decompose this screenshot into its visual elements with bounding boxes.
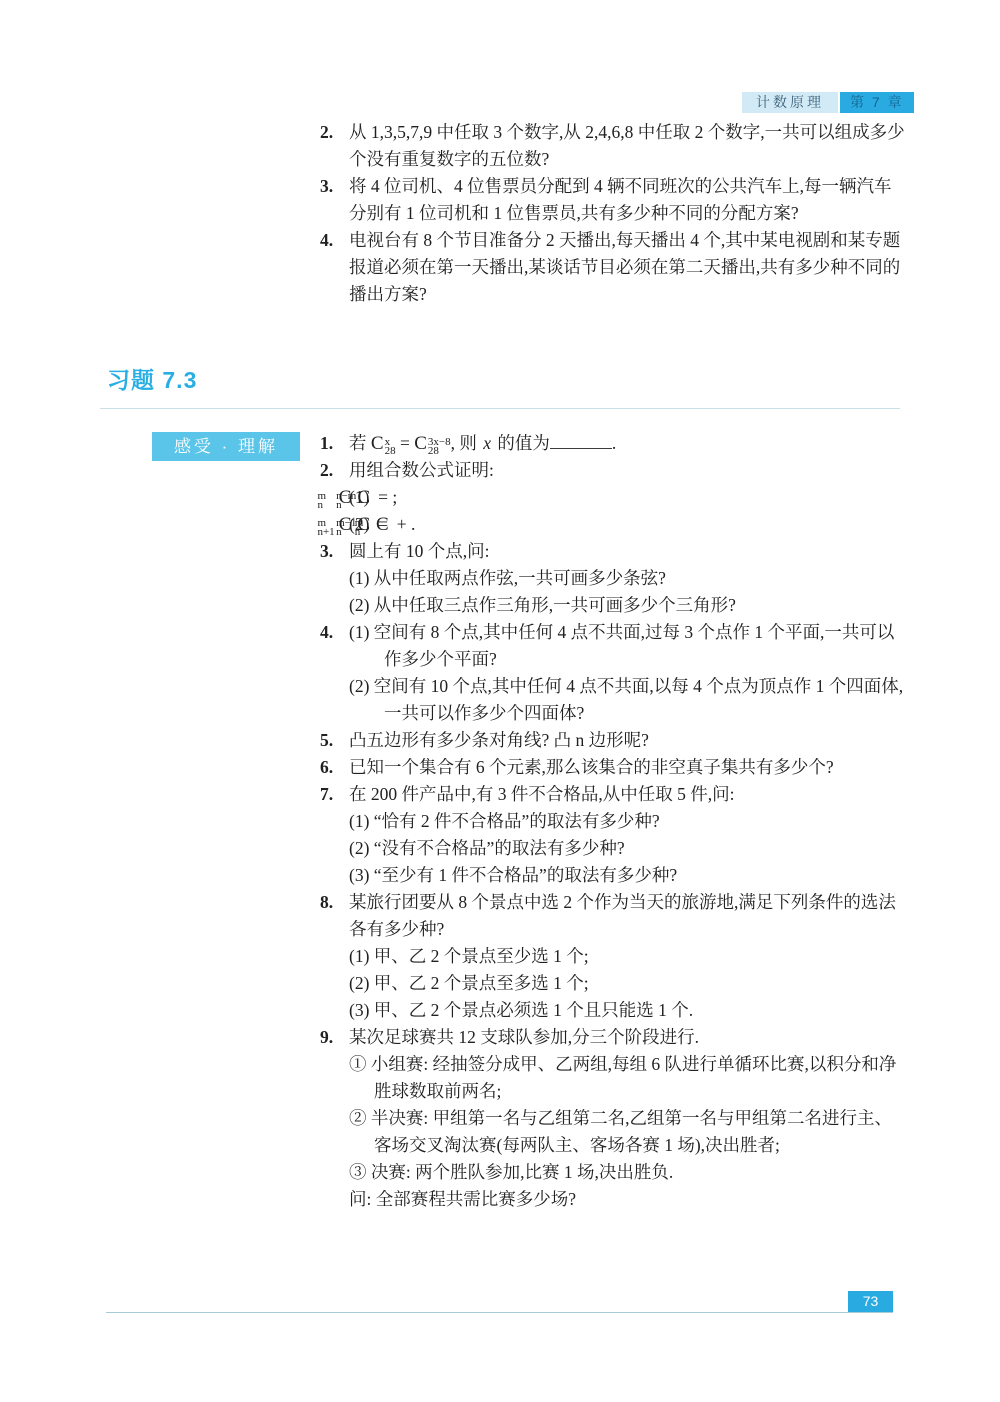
exercise-text: 某旅行团要从 8 个景点中选 2 个作为当天的旅游地,满足下列条件的选法各有多少… <box>349 889 908 943</box>
exercise-number: 7. <box>320 781 333 808</box>
exercise-list: 1. 若 Cx28 = C3x−828, 则 x 的值为. 2. 用组合数公式证… <box>320 430 908 1213</box>
formula-text: = <box>374 487 393 507</box>
section-title: 习题 7.3 <box>107 362 197 395</box>
exercise-item: 7. 在 200 件产品中,有 3 件不合格品,从中任取 5 件,问: (1) … <box>320 781 908 889</box>
exercise-number: 9. <box>320 1024 333 1051</box>
textbook-page: 计数原理 第 7 章 2. 从 1,3,5,7,9 中任取 3 个数字,从 2,… <box>0 0 1000 1402</box>
formula-text: 的值为 <box>493 433 550 453</box>
exercise-item: 1. 若 Cx28 = C3x−828, 则 x 的值为. <box>320 430 908 457</box>
exercise-text: 圆上有 10 个点,问: <box>349 538 908 565</box>
problem-item: 4. 电视台有 8 个节目准备分 2 天播出,每天播出 4 个,其中某电视剧和某… <box>320 227 908 308</box>
sub-item: ② 半决赛: 甲组第一名与乙组第二名,乙组第一名与甲组第二名进行主、客场交叉淘汰… <box>349 1105 908 1159</box>
exercise-item: 2. 用组合数公式证明: (1) Cmn = Cn−mn; (2) Cmn+1 … <box>320 457 908 538</box>
exercise-item: 9. 某次足球赛共 12 支球队参加,分三个阶段进行. ① 小组赛: 经抽签分成… <box>320 1024 908 1213</box>
math-variable: x <box>481 433 493 453</box>
problem-number: 2. <box>320 119 333 146</box>
continued-problem-list: 2. 从 1,3,5,7,9 中任取 3 个数字,从 2,4,6,8 中任取 2… <box>320 119 908 308</box>
exercise-number: 1. <box>320 430 333 457</box>
stage-badge: 感受 · 理解 <box>152 432 300 461</box>
exercise-number: 4. <box>320 619 333 646</box>
section-divider <box>100 408 900 409</box>
exercise-number: 8. <box>320 889 333 916</box>
exercise-item: 6. 已知一个集合有 6 个元素,那么该集合的非空真子集共有多少个? <box>320 754 908 781</box>
exercise-text: 在 200 件产品中,有 3 件不合格品,从中任取 5 件,问: <box>349 781 908 808</box>
sub-item: ① 小组赛: 经抽签分成甲、乙两组,每组 6 队进行单循环比赛,以积分和净胜球数… <box>349 1051 908 1105</box>
exercise-number: 2. <box>320 457 333 484</box>
sub-item: (2) Cmn+1 = Cm−1n + Cmn. <box>349 511 908 538</box>
exercise-text: 某次足球赛共 12 支球队参加,分三个阶段进行. <box>349 1024 908 1051</box>
sub-item: (1) “恰有 2 件不合格品”的取法有多少种? <box>349 808 908 835</box>
sub-item: (3) “至少有 1 件不合格品”的取法有多少种? <box>349 862 908 889</box>
sub-item: (2) 甲、乙 2 个景点至多选 1 个; <box>349 970 908 997</box>
sub-item: (1) 空间有 8 个点,其中任何 4 点不共面,过每 3 个点作 1 个平面,… <box>349 619 908 673</box>
sub-item: (2) 空间有 10 个点,其中任何 4 点不共面,以每 4 个点为顶点作 1 … <box>349 673 908 727</box>
exercise-item: 3. 圆上有 10 个点,问: (1) 从中任取两点作弦,一共可画多少条弦? (… <box>320 538 908 619</box>
exercise-number: 3. <box>320 538 333 565</box>
problem-text: 将 4 位司机、4 位售票员分配到 4 辆不同班次的公共汽车上,每一辆汽车分别有… <box>349 176 892 223</box>
sub-item: 问: 全部赛程共需比赛多少场? <box>349 1186 908 1213</box>
page-number-badge: 73 <box>848 1291 893 1312</box>
exercise-text: 凸五边形有多少条对角线? 凸 n 边形呢? <box>349 730 649 750</box>
formula-text: . <box>411 514 415 534</box>
unit-label: 计数原理 <box>742 92 838 113</box>
formula-text: + <box>392 514 411 534</box>
combination-symbol: C3x−828 <box>414 430 450 457</box>
formula-text: = <box>396 433 415 453</box>
formula-text: 若 <box>349 433 371 453</box>
formula-text: , 则 <box>451 433 482 453</box>
problem-number: 4. <box>320 227 333 254</box>
answer-blank <box>550 433 612 449</box>
sub-item: (1) 甲、乙 2 个景点至少选 1 个; <box>349 943 908 970</box>
combination-symbol: Cx28 <box>371 430 396 457</box>
exercise-item: 5. 凸五边形有多少条对角线? 凸 n 边形呢? <box>320 727 908 754</box>
problem-text: 电视台有 8 个节目准备分 2 天播出,每天播出 4 个,其中某电视剧和某专题报… <box>349 230 900 304</box>
problem-text: 从 1,3,5,7,9 中任取 3 个数字,从 2,4,6,8 中任取 2 个数… <box>349 122 905 169</box>
footer-divider <box>106 1312 893 1313</box>
problem-item: 2. 从 1,3,5,7,9 中任取 3 个数字,从 2,4,6,8 中任取 2… <box>320 119 908 173</box>
problem-item: 3. 将 4 位司机、4 位售票员分配到 4 辆不同班次的公共汽车上,每一辆汽车… <box>320 173 908 227</box>
page-header: 计数原理 第 7 章 <box>742 92 914 113</box>
formula-line: 若 Cx28 = C3x−828, 则 x 的值为. <box>349 433 616 453</box>
exercise-number: 5. <box>320 727 333 754</box>
formula-text: . <box>612 433 616 453</box>
formula-text: ; <box>392 487 397 507</box>
problem-number: 3. <box>320 173 333 200</box>
exercise-item: 8. 某旅行团要从 8 个景点中选 2 个作为当天的旅游地,满足下列条件的选法各… <box>320 889 908 1024</box>
sub-item: (1) Cmn = Cn−mn; <box>349 484 908 511</box>
sub-item: (1) 从中任取两点作弦,一共可画多少条弦? <box>349 565 908 592</box>
chapter-badge: 第 7 章 <box>840 92 914 113</box>
sub-item: (2) 从中任取三点作三角形,一共可画多少个三角形? <box>349 592 908 619</box>
exercise-text: 已知一个集合有 6 个元素,那么该集合的非空真子集共有多少个? <box>349 757 834 777</box>
exercise-text: 用组合数公式证明: <box>349 457 908 484</box>
exercise-item: 4. (1) 空间有 8 个点,其中任何 4 点不共面,过每 3 个点作 1 个… <box>320 619 908 727</box>
sub-item: (2) “没有不合格品”的取法有多少种? <box>349 835 908 862</box>
sub-item: ③ 决赛: 两个胜队参加,比赛 1 场,决出胜负. <box>349 1159 908 1186</box>
sub-item: (3) 甲、乙 2 个景点必须选 1 个且只能选 1 个. <box>349 997 908 1024</box>
exercise-number: 6. <box>320 754 333 781</box>
